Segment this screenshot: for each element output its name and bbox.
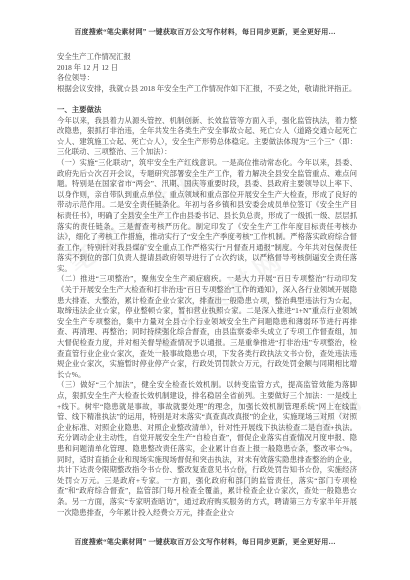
blank-line [57,94,357,105]
paragraph-item-1: （一）实施“三化联动”，筑牢安全生产红线意识。一是高位推动常态化。今年以来，县委… [57,158,357,275]
document-body: 安全生产工作情况汇报 2018 年 12 月 12 日 各位领导： 根据会议安排… [57,52,357,518]
promo-footer-note: 百度搜索“笔尖素材网” 一键获取百万公文写作材料，每日同步更新，更全更好用… [20,537,390,547]
document-title: 安全生产工作情况汇报 [57,52,357,63]
section-heading: 一、主要做法 [57,105,357,116]
promo-header-note: 百度搜索“笔尖素材网” 一键获取百万公文写作材料，每日同步更新，更全更好用… [20,27,390,37]
salutation: 各位领导： [57,73,357,84]
document-page: 笔尖素材网 笔尖素材网 笔尖素材网 百度搜索“笔尖素材网” 一键获取百万公文写作… [0,0,410,580]
paragraph-overview: 今年以来，我县着力从源头管控、机制创新、长效监管等方面入手，强化监管执法，着力整… [57,116,357,158]
document-date: 2018 年 12 月 12 日 [57,63,357,74]
intro-paragraph: 根据会议安排，我就☆县 2018 年安全生产工作情况作如下汇报，不妥之处，敬请批… [57,84,357,95]
paragraph-item-2: （二）推进“三项整治”，聚焦安全生产顽症痼疾。一是大力开展“百日专项整治”行动印… [57,274,357,380]
paragraph-item-3: （三）做好“三个加法”，健全安全检查长效机制。以转变监管方式，提高监管效能为落脚… [57,380,357,518]
